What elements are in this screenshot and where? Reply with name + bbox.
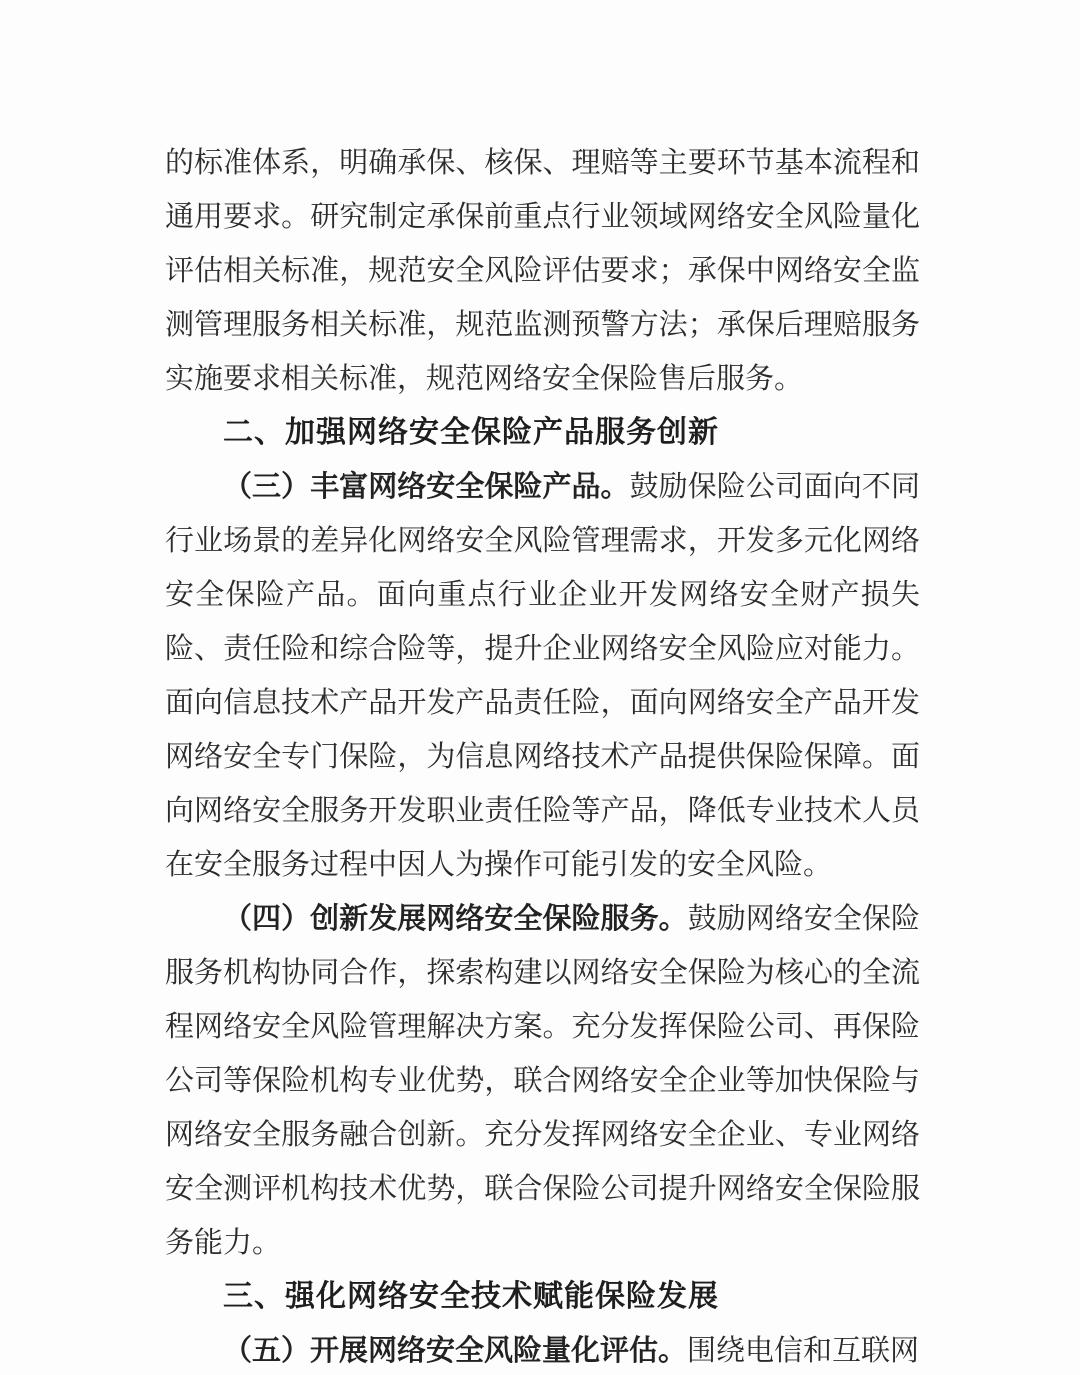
document-page: 的标准体系，明确承保、核保、理赔等主要环节基本流程和通用要求。研究制定承保前重点… xyxy=(0,0,1080,1375)
paragraph-item-3: （三）丰富网络安全保险产品。鼓励保险公司面向不同行业场景的差异化网络安全风险管理… xyxy=(165,460,920,892)
paragraph-item-4: （四）创新发展网络安全保险服务。鼓励网络安全保险服务机构协同合作，探索构建以网络… xyxy=(165,892,920,1270)
item-lead-5: （五）开展网络安全风险量化评估。 xyxy=(223,1335,687,1367)
section-heading-2: 二、加强网络安全保险产品服务创新 xyxy=(165,406,920,460)
paragraph-standards-continued: 的标准体系，明确承保、核保、理赔等主要环节基本流程和通用要求。研究制定承保前重点… xyxy=(165,136,920,406)
item-lead-3: （三）丰富网络安全保险产品。 xyxy=(223,471,630,503)
item-text-5: 围绕电信和互联网 xyxy=(687,1335,919,1367)
item-lead-4: （四）创新发展网络安全保险服务。 xyxy=(223,903,688,935)
document-content: 的标准体系，明确承保、核保、理赔等主要环节基本流程和通用要求。研究制定承保前重点… xyxy=(165,136,920,1375)
item-text-3: 鼓励保险公司面向不同行业场景的差异化网络安全风险管理需求，开发多元化网络安全保险… xyxy=(165,471,920,881)
paragraph-item-5: （五）开展网络安全风险量化评估。围绕电信和互联网 xyxy=(165,1324,920,1375)
section-heading-3: 三、强化网络安全技术赋能保险发展 xyxy=(165,1270,920,1324)
item-text-4: 鼓励网络安全保险服务机构协同合作，探索构建以网络安全保险为核心的全流程网络安全风… xyxy=(165,903,920,1259)
